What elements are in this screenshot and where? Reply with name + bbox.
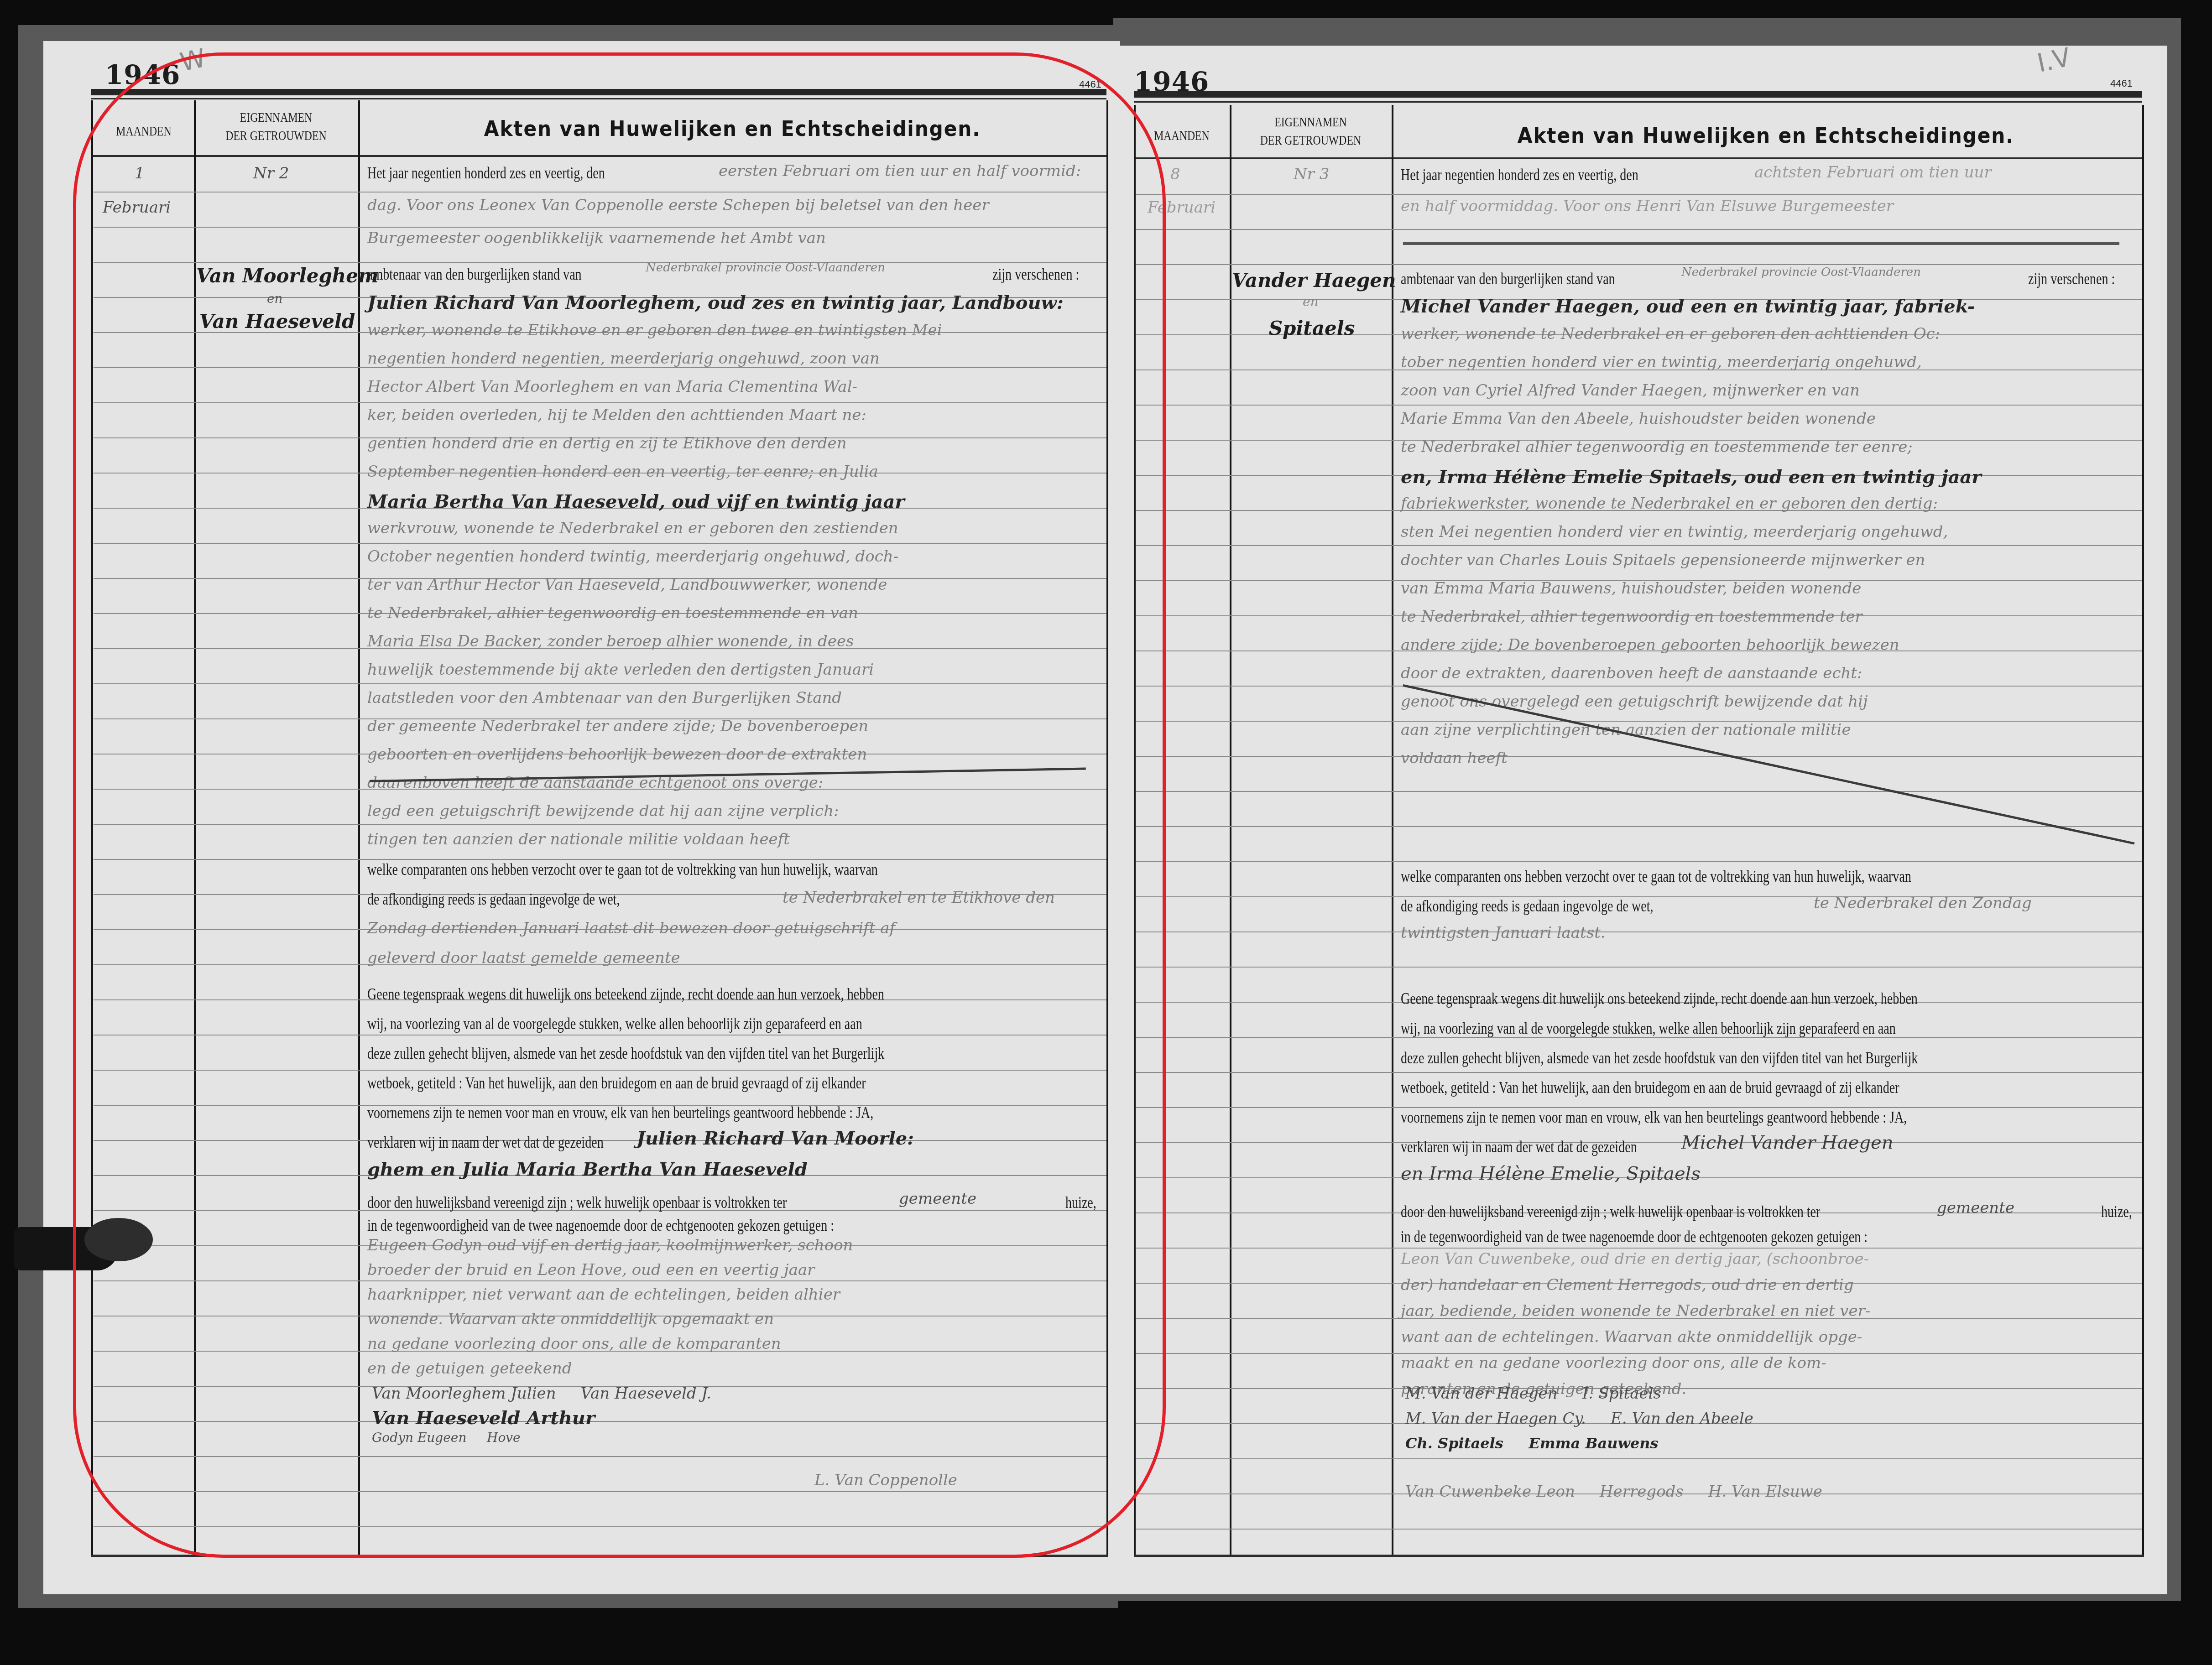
printed-officer: ambtenaar van den burgerlijken stand van: [367, 265, 582, 284]
act-date-line-2: dag. Voor ons Leonex Van Coppenolle eers…: [367, 196, 989, 214]
body-line: ker, beiden overleden, hij te Melden den…: [367, 406, 1064, 434]
strike-line: [1403, 242, 2119, 245]
printed-opening: Het jaar negentien honderd zes en veerti…: [1401, 165, 1638, 184]
witness-line: der) handelaar en Clement Herregods, oud…: [1401, 1276, 1870, 1302]
act-month: Februari: [1148, 198, 1216, 217]
printed-no-objection-1: Geene tegenspraak wegens dit huwelijk on…: [1401, 989, 1918, 1008]
printed-no-objection-3: deze zullen gehecht blijven, alsmede van…: [1401, 1048, 1918, 1067]
header-months: MAANDEN: [101, 123, 187, 140]
body-line: genoot ons overgelegd een getuigschrift …: [1401, 692, 1981, 721]
table-bottom-rule: [91, 1555, 1108, 1557]
register-title: Akten van Huwelijken en Echtscheidingen.: [392, 116, 1072, 141]
signature: Godyn Eugeen Hove: [372, 1430, 521, 1445]
body-line: October negentien honderd twintig, meerd…: [367, 547, 1064, 576]
header-subrule: [91, 98, 1106, 99]
printed-no-objection-4: wetboek, getiteld : Van het huwelijk, aa…: [1401, 1078, 1899, 1097]
header-names-1: EIGENNAMEN: [209, 109, 343, 126]
body-line: werker, wonende te Etikhove en er gebore…: [367, 321, 1064, 349]
publication-2: Zondag dertienden Januari laatst dit bew…: [367, 919, 895, 937]
groom-surname: Vander Haegen: [1232, 269, 1392, 291]
printed-no-objection-3: deze zullen gehecht blijven, alsmede van…: [367, 1044, 884, 1063]
act-body: Michel Vander Haegen, oud een en twintig…: [1401, 296, 1981, 777]
header-months: MAANDEN: [1143, 128, 1221, 144]
conjunction: en: [1303, 294, 1319, 309]
witness-line: Leon Van Cuwenbeke, oud drie en dertig j…: [1401, 1250, 1870, 1276]
printed-no-objection-6: verklaren wij in naam der wet dat de gez…: [1401, 1137, 1637, 1156]
bride-surname: Spitaels: [1232, 317, 1392, 339]
witness-block: Leon Van Cuwenbeke, oud drie en dertig j…: [1401, 1250, 1870, 1406]
body-line: ter van Arthur Hector Van Haeseveld, Lan…: [367, 576, 1064, 604]
body-line: voldaan heeft: [1401, 749, 1981, 777]
act-date-line-3: Burgemeester oogenblikkelijk vaarnemende…: [367, 229, 826, 247]
printed-united-1-end: huize,: [1065, 1193, 1096, 1212]
printed-appeared: zijn verschenen :: [2028, 269, 2115, 288]
act-day: 8: [1170, 165, 1180, 183]
register-title: Akten van Huwelijken en Echtscheidingen.: [1424, 123, 2108, 148]
body-line: aan zijne verplichtingen ten aanzien der…: [1401, 721, 1981, 749]
body-line: sten Mei negentien honderd vier en twint…: [1401, 523, 1981, 551]
declared-names-2: ghem en Julia Maria Bertha Van Haeseveld: [367, 1159, 808, 1180]
declared-names-1: Michel Vander Haegen: [1681, 1132, 1893, 1153]
header-bottom-rule: [91, 155, 1106, 157]
right-page: 1946 I.V 4461 MAANDEN EIGENNAMEN DER GET…: [1120, 46, 2167, 1594]
act-date-line-2: en half voormiddag. Voor ons Henri Van E…: [1401, 197, 1894, 215]
binder-clip-tip: [84, 1218, 153, 1261]
body-line: der gemeente Nederbrakel ter andere zijd…: [367, 717, 1064, 745]
conjunction: en: [267, 291, 283, 306]
body-line: door de extrakten, daarenboven heeft de …: [1401, 664, 1981, 692]
witness-line: want aan de echtelingen. Waarvan akte on…: [1401, 1328, 1870, 1354]
act-date-line-1: eersten Februari om tien uur en half voo…: [719, 162, 1081, 180]
signature-official: L. Van Coppenolle: [814, 1471, 957, 1489]
marriage-location: gemeente: [1937, 1199, 2014, 1217]
act-number: Nr 3: [1294, 165, 1329, 183]
act-body: Julien Richard Van Moorleghem, oud zes e…: [367, 292, 1064, 859]
header-names-2: DER GETROUWDEN: [1244, 132, 1377, 149]
printed-no-objection-5: voornemens zijn te nemen voor man en vro…: [367, 1103, 873, 1122]
printed-request-2: de afkondiging reeds is gedaan ingevolge…: [367, 890, 620, 909]
printed-united-1: door den huwelijksband vereenigd zijn ; …: [1401, 1202, 1820, 1221]
witness-line: jaar, bediende, beiden wonende te Nederb…: [1401, 1302, 1870, 1328]
col-line: [2142, 105, 2144, 1556]
body-line: negentien honderd negentien, meerderjari…: [367, 349, 1064, 378]
signature: Ch. Spitaels Emma Bauwens: [1405, 1435, 1659, 1452]
body-line: laatstleden voor den Ambtenaar van den B…: [367, 689, 1064, 717]
witness-block: Eugeen Godyn oud vijf en dertig jaar, ko…: [367, 1236, 853, 1384]
printed-no-objection-2: wij, na voorlezing van al de voorgelegde…: [1401, 1019, 1896, 1038]
printed-no-objection-5: voornemens zijn te nemen voor man en vro…: [1401, 1108, 1907, 1127]
body-line: legd een getuigschrift bewijzende dat hi…: [367, 802, 1064, 830]
act-number: Nr 2: [253, 164, 289, 182]
witness-line: broeder der bruid en Leon Hove, oud een …: [367, 1261, 853, 1285]
publication-1: te Nederbrakel den Zondag: [1814, 894, 2032, 912]
body-line: September negentien honderd een en veert…: [367, 463, 1064, 491]
act-day: 1: [135, 164, 145, 182]
printed-officer: ambtenaar van den burgerlijken stand van: [1401, 269, 1615, 288]
printed-request-1: welke comparanten ons hebben verzocht ov…: [367, 860, 878, 879]
body-line: te Nederbrakel, alhier tegenwoordig en t…: [367, 604, 1064, 632]
printed-no-objection-4: wetboek, getiteld : Van het huwelijk, aa…: [367, 1073, 866, 1093]
body-line: gentien honderd drie en dertig en zij te…: [367, 434, 1064, 463]
witness-line: Eugeen Godyn oud vijf en dertig jaar, ko…: [367, 1236, 853, 1261]
printed-no-objection-1: Geene tegenspraak wegens dit huwelijk on…: [367, 984, 884, 1004]
header-rule: [91, 89, 1106, 95]
declared-names-1: Julien Richard Van Moorle:: [636, 1128, 914, 1149]
body-line: Maria Elsa De Backer, zonder beroep alhi…: [367, 632, 1064, 661]
header-rule: [1134, 91, 2142, 98]
marriage-location: gemeente: [899, 1190, 976, 1208]
printed-no-objection-6: verklaren wij in naam der wet dat de gez…: [367, 1133, 604, 1152]
left-page: 1946 W 4461 MAANDEN EIGENNAMEN DER GETRO…: [43, 41, 1120, 1594]
publication-3: geleverd door laatst gemelde gemeente: [367, 949, 680, 967]
signature: M. Van der Haegen Cy. E. Van den Abeele: [1405, 1410, 1753, 1428]
printed-united-1-end: huize,: [2101, 1202, 2132, 1221]
body-line: Maria Bertha Van Haeseveld, oud vijf en …: [367, 491, 1064, 519]
witness-line: en de getuigen geteekend: [367, 1359, 853, 1384]
body-line: te Nederbrakel alhier tegenwoordig en to…: [1401, 438, 1981, 466]
table-bottom-rule: [1134, 1555, 2144, 1557]
publication-1: te Nederbrakel en te Etikhove den: [783, 889, 1055, 907]
witness-line: wonende. Waarvan akte onmiddellijk opgem…: [367, 1310, 853, 1335]
body-line: tober negentien honderd vier en twintig,…: [1401, 353, 1981, 381]
header-names-2: DER GETROUWDEN: [209, 128, 343, 144]
printed-request-1: welke comparanten ons hebben verzocht ov…: [1401, 867, 1911, 886]
witness-line: na gedane voorlezing door ons, alle de k…: [367, 1335, 853, 1359]
body-line: werkvrouw, wonende te Nederbrakel en er …: [367, 519, 1064, 547]
body-line: te Nederbrakel, alhier tegenwoordig en t…: [1401, 608, 1981, 636]
body-line: dochter van Charles Louis Spitaels gepen…: [1401, 551, 1981, 579]
col-line: [1106, 100, 1108, 1556]
groom-surname: Van Moorleghem: [196, 265, 358, 287]
act-place: Nederbrakel provincie Oost-Vlaanderen: [646, 261, 885, 275]
col-line: [1134, 105, 1136, 1556]
act-month: Februari: [103, 198, 171, 217]
header-bottom-rule: [1134, 157, 2142, 159]
body-line: zoon van Cyriel Alfred Vander Haegen, mi…: [1401, 381, 1981, 410]
printed-request-2: de afkondiging reeds is gedaan ingevolge…: [1401, 896, 1654, 916]
page-number: 4461: [2110, 78, 2133, 89]
witness-line: maakt en na gedane voorlezing door ons, …: [1401, 1354, 1870, 1380]
body-line: Marie Emma Van den Abeele, huishoudster …: [1401, 410, 1981, 438]
printed-united-1: door den huwelijksband vereenigd zijn ; …: [367, 1193, 787, 1212]
body-line: huwelijk toestemmende bij akte verleden …: [367, 661, 1064, 689]
body-line: van Emma Maria Bauwens, huishoudster, be…: [1401, 579, 1981, 608]
body-line: andere zijde; De bovenberoepen geboorten…: [1401, 636, 1981, 664]
col-line: [91, 100, 93, 1556]
printed-appeared: zijn verschenen :: [992, 265, 1079, 284]
body-line: en, Irma Hélène Emelie Spitaels, oud een…: [1401, 466, 1981, 494]
header-subrule: [1134, 101, 2142, 103]
printed-no-objection-2: wij, na voorlezing van al de voorgelegde…: [367, 1014, 862, 1033]
body-line: tingen ten aanzien der nationale militie…: [367, 830, 1064, 859]
printed-united-2: in de tegenwoordigheid van de twee nagen…: [1401, 1227, 1868, 1246]
body-line: werker, wonende te Nederbrakel en er geb…: [1401, 325, 1981, 353]
body-line: Michel Vander Haegen, oud een en twintig…: [1401, 296, 1981, 325]
printed-united-2: in de tegenwoordigheid van de twee nagen…: [367, 1216, 834, 1235]
body-line: Julien Richard Van Moorleghem, oud zes e…: [367, 292, 1064, 321]
act-date-line-1: achtsten Februari om tien uur: [1754, 163, 1992, 182]
signature: M. Van der Haegen I. Spitaels: [1405, 1384, 1661, 1403]
signature: Van Haeseveld Arthur: [372, 1407, 595, 1429]
header-names-1: EIGENNAMEN: [1244, 114, 1377, 130]
signature: Van Cuwenbeke Leon Herregods H. Van Elsu…: [1405, 1483, 1822, 1501]
signature: Van Moorleghem Julien Van Haeseveld J.: [372, 1384, 711, 1403]
pencil-mark: I.V: [2035, 42, 2073, 78]
year-label: 1946: [105, 59, 180, 90]
publication-2: twintigsten Januari laatst.: [1401, 924, 1606, 942]
act-place: Nederbrakel provincie Oost-Vlaanderen: [1681, 265, 1921, 279]
declared-names-2: en Irma Hélène Emelie, Spitaels: [1401, 1163, 1701, 1184]
body-line: fabriekwerkster, wonende te Nederbrakel …: [1401, 494, 1981, 523]
body-line: Hector Albert Van Moorleghem en van Mari…: [367, 378, 1064, 406]
bride-surname: Van Haeseveld: [196, 310, 358, 333]
printed-opening: Het jaar negentien honderd zes en veerti…: [367, 163, 605, 182]
pencil-mark: W: [177, 43, 209, 78]
witness-line: haarknipper, niet verwant aan de echteli…: [367, 1285, 853, 1310]
